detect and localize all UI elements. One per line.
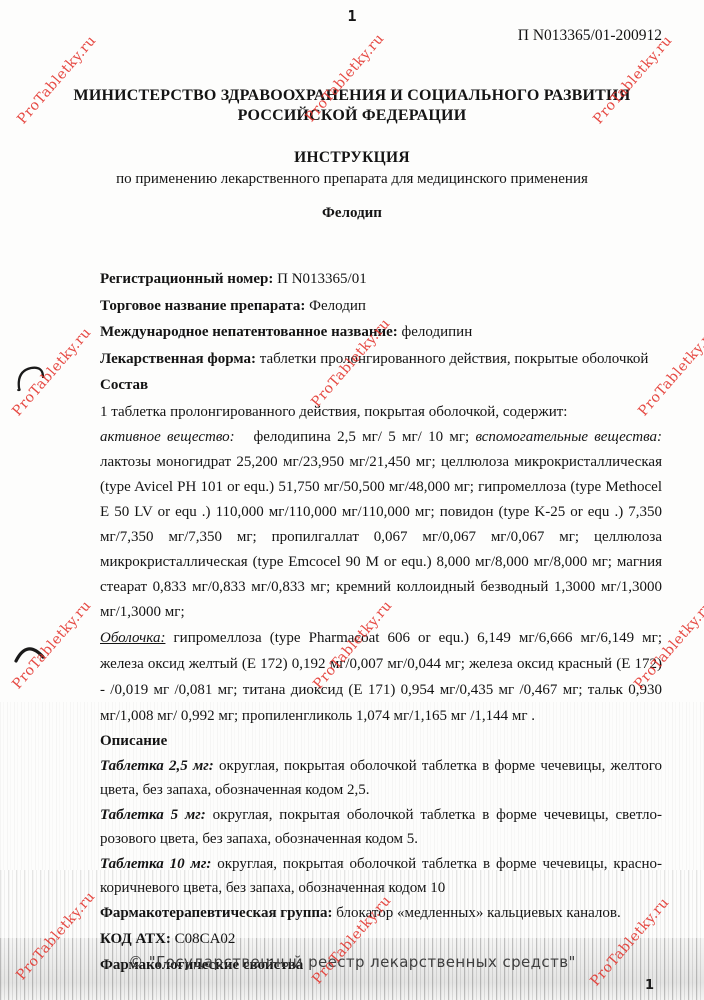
- active-substance-value: фелодипина 2,5 мг/ 5 мг/ 10 мг;: [254, 429, 470, 445]
- ministry-line1: МИНИСТЕРСТВО ЗДРАВООХРАНЕНИЯ И СОЦИАЛЬНО…: [0, 86, 704, 106]
- document-type-title: ИНСТРУКЦИЯ: [0, 149, 704, 167]
- ministry-name: МИНИСТЕРСТВО ЗДРАВООХРАНЕНИЯ И СОЦИАЛЬНО…: [0, 86, 704, 126]
- field-label: Регистрационный номер:: [100, 271, 273, 287]
- page-number-top: 1: [347, 7, 356, 25]
- description-item-5mg: Таблетка 5 мг: округлая, покрытая оболоч…: [100, 803, 662, 852]
- document-body: Регистрационный номер: П N013365/01 Торг…: [100, 266, 662, 978]
- description-heading: Описание: [100, 729, 662, 754]
- field-registration-number: Регистрационный номер: П N013365/01: [100, 266, 662, 293]
- tablet-strength-label: Таблетка 10 мг:: [100, 856, 211, 872]
- tablet-strength-label: Таблетка 2,5 мг:: [100, 758, 214, 774]
- field-label: Лекарственная форма:: [100, 351, 256, 367]
- field-value: П N013365/01: [277, 271, 367, 287]
- atc-code-label: КОД АТХ:: [100, 931, 171, 947]
- coating-value: гипромеллоза (type Pharmacoat 606 or equ…: [100, 630, 662, 724]
- pharm-group-label: Фармакотерапевтическая группа:: [100, 905, 333, 921]
- field-trade-name: Торговое название препарата: Фелодип: [100, 293, 662, 320]
- field-value: таблетки пролонгированного действия, пок…: [260, 351, 649, 367]
- page-number-bottom: 1: [645, 978, 654, 993]
- approval-number: П N013365/01-200912: [518, 27, 662, 45]
- pharm-group-line: Фармакотерапевтическая группа: блокатор …: [100, 900, 662, 926]
- drug-name-title: Фелодип: [0, 205, 704, 222]
- scanned-document-page: ProTabletky.ru ProTabletky.ru ProTabletk…: [0, 0, 704, 1000]
- excipients-value: лактозы моногидрат 25,200 мг/23,950 мг/2…: [100, 454, 662, 620]
- field-dosage-form: Лекарственная форма: таблетки пролонгиро…: [100, 346, 662, 373]
- coating-label: Оболочка:: [100, 630, 165, 646]
- description-item-2-5mg: Таблетка 2,5 мг: округлая, покрытая обол…: [100, 754, 662, 803]
- excipients-label: вспомогательные вещества:: [475, 429, 662, 445]
- document-header: МИНИСТЕРСТВО ЗДРАВООХРАНЕНИЯ И СОЦИАЛЬНО…: [0, 86, 704, 222]
- pharm-group-value: блокатор «медленных» кальциевых каналов.: [336, 905, 620, 921]
- composition-paragraph: активное вещество: фелодипина 2,5 мг/ 5 …: [100, 425, 662, 625]
- field-label: Торговое название препарата:: [100, 298, 305, 314]
- composition-heading: Состав: [100, 372, 662, 399]
- field-inn: Международное непатентованное название: …: [100, 319, 662, 346]
- tablet-strength-label: Таблетка 5 мг:: [100, 807, 206, 823]
- description-item-10mg: Таблетка 10 мг: округлая, покрытая оболо…: [100, 852, 662, 901]
- composition-intro: 1 таблетка пролонгированного действия, п…: [100, 399, 662, 426]
- document-subtitle: по применению лекарственного препарата д…: [0, 171, 704, 188]
- handwritten-hook-mark: [16, 364, 48, 392]
- field-label: Международное непатентованное название:: [100, 324, 398, 340]
- atc-code-line: КОД АТХ: C08CA02: [100, 926, 662, 952]
- atc-code-value: C08CA02: [175, 931, 236, 947]
- field-value: фелодипин: [402, 324, 473, 340]
- handwritten-arc-mark: [14, 640, 46, 666]
- footer-copyright: © "Государственный реестр лекарственных …: [0, 953, 704, 971]
- field-value: Фелодип: [309, 298, 366, 314]
- ministry-line2: РОССИЙСКОЙ ФЕДЕРАЦИИ: [0, 106, 704, 126]
- coating-paragraph: Оболочка: гипромеллоза (type Pharmacoat …: [100, 625, 662, 729]
- active-substance-label: активное вещество:: [100, 429, 235, 445]
